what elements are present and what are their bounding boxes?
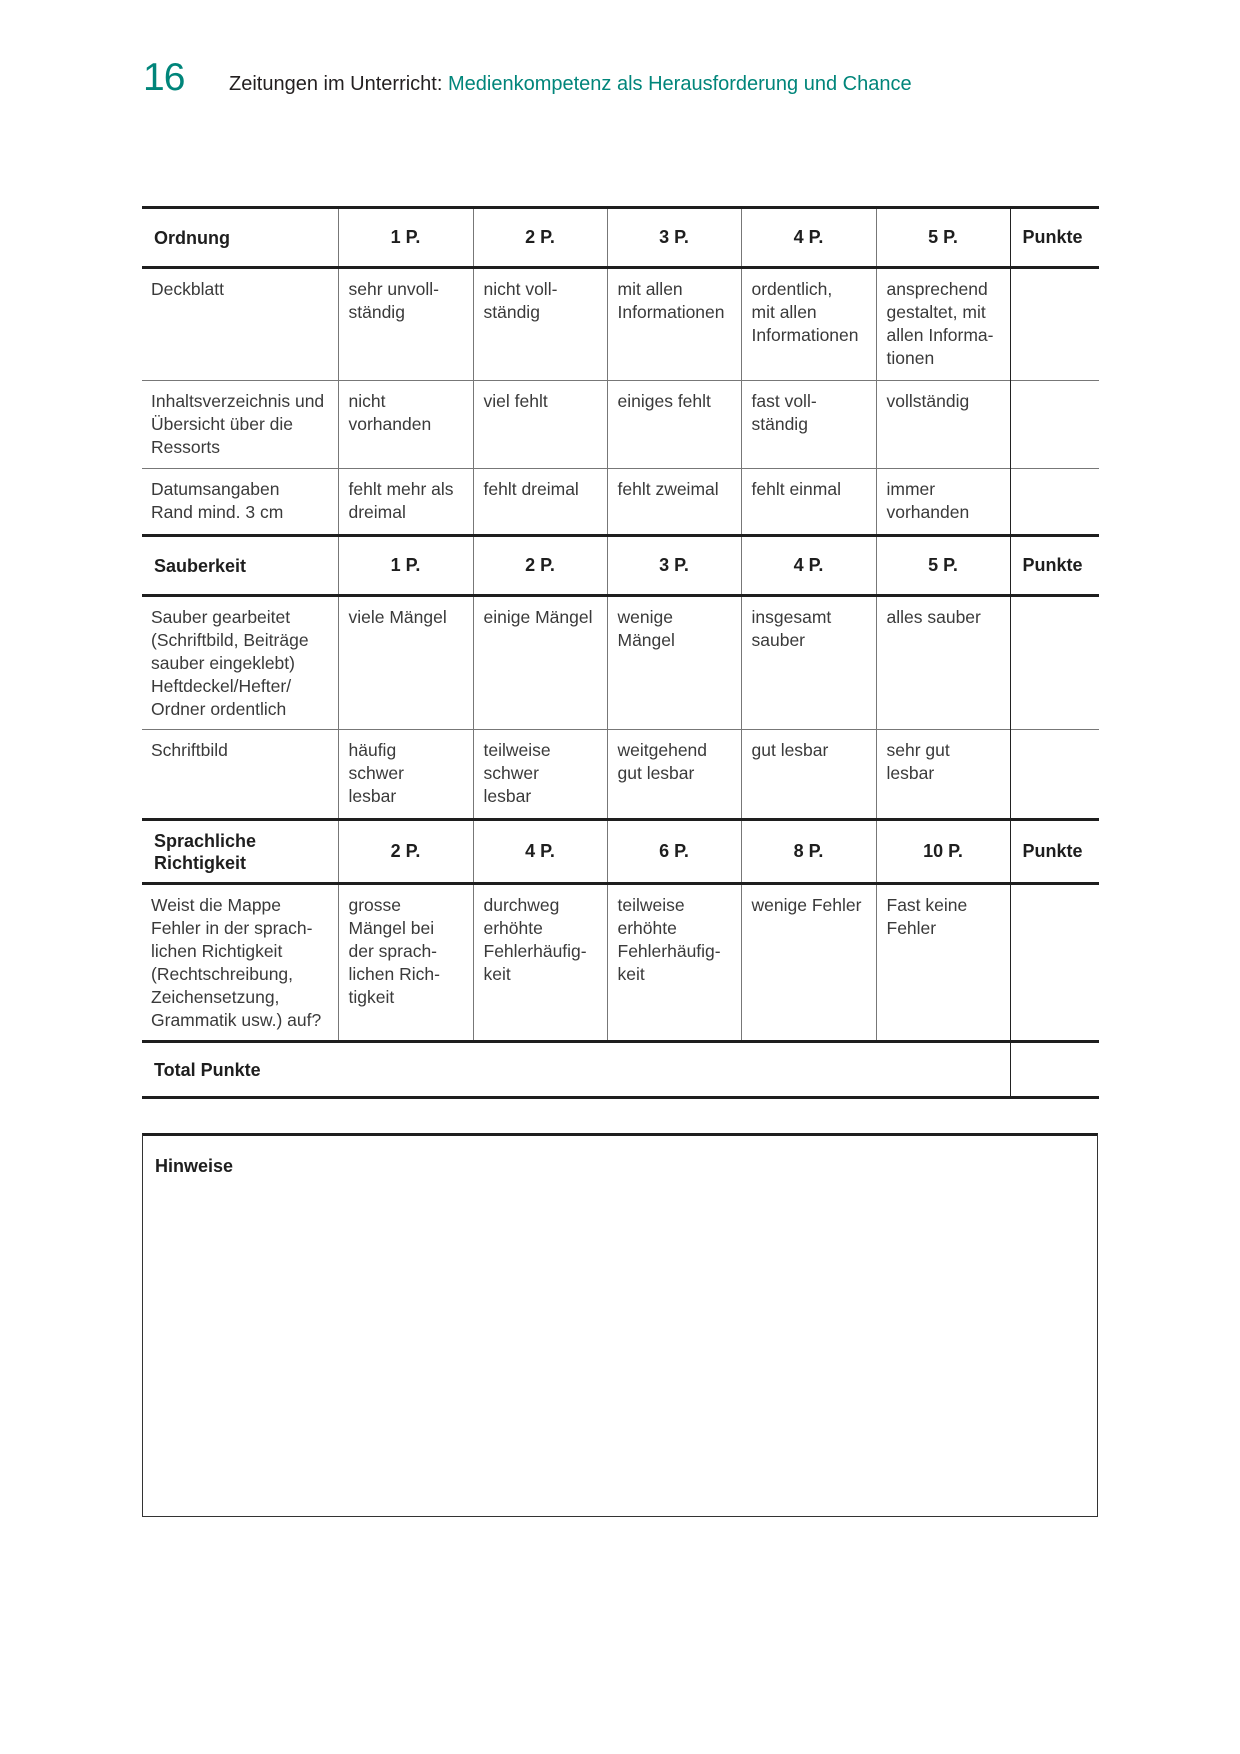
level-description: vollständig (876, 381, 1010, 469)
section-title: Sprachliche Richtigkeit (142, 820, 338, 884)
level-header: 4 P. (741, 208, 876, 268)
running-title-prefix: Zeitungen im Unterricht: (229, 73, 448, 95)
running-title-accent: Medienkompetenz als Herausforderung und … (448, 73, 912, 95)
points-input-cell[interactable] (1010, 596, 1099, 730)
level-description: fehlt einmal (741, 469, 876, 536)
criterion-row: Schriftbildhäufig schwer lesbarteilweise… (142, 730, 1099, 820)
level-description: wenige Fehler (741, 884, 876, 1042)
level-header: 6 P. (607, 820, 741, 884)
level-header: 8 P. (741, 820, 876, 884)
level-description: viele Mängel (338, 596, 473, 730)
level-description: fehlt mehr als dreimal (338, 469, 473, 536)
level-description: insgesamt sauber (741, 596, 876, 730)
criterion-label: Weist die Mappe Fehler in der sprach- li… (142, 884, 338, 1042)
level-header: 2 P. (338, 820, 473, 884)
level-header: 10 P. (876, 820, 1010, 884)
assessment-rubric-table: Ordnung1 P.2 P.3 P.4 P.5 P.PunkteDeckbla… (142, 206, 1099, 1099)
criterion-row: Inhaltsverzeichnis und Übersicht über di… (142, 381, 1099, 469)
page-header: 16 (143, 56, 184, 106)
total-label: Total Punkte (142, 1042, 1010, 1098)
section-header-row: Ordnung1 P.2 P.3 P.4 P.5 P.Punkte (142, 208, 1099, 268)
points-input-cell[interactable] (1010, 469, 1099, 536)
level-header: 4 P. (473, 820, 607, 884)
level-header: 2 P. (473, 208, 607, 268)
section-header-row: Sauberkeit1 P.2 P.3 P.4 P.5 P.Punkte (142, 536, 1099, 596)
level-description: ordentlich, mit allen Informationen (741, 268, 876, 381)
points-input-cell[interactable] (1010, 268, 1099, 381)
level-header: 3 P. (607, 208, 741, 268)
level-description: immer vorhanden (876, 469, 1010, 536)
section-title: Sauberkeit (142, 536, 338, 596)
points-header: Punkte (1010, 820, 1099, 884)
level-description: durchweg erhöhte Fehlerhäufig- keit (473, 884, 607, 1042)
criterion-label: Schriftbild (142, 730, 338, 820)
level-description: teilweise erhöhte Fehlerhäufig- keit (607, 884, 741, 1042)
notes-box[interactable]: Hinweise (142, 1133, 1098, 1517)
level-description: fast voll- ständig (741, 381, 876, 469)
level-description: wenige Mängel (607, 596, 741, 730)
criterion-label: Datumsangaben Rand mind. 3 cm (142, 469, 338, 536)
level-description: nicht voll- ständig (473, 268, 607, 381)
level-description: grosse Mängel bei der sprach- lichen Ric… (338, 884, 473, 1042)
level-header: 1 P. (338, 208, 473, 268)
section-title: Ordnung (142, 208, 338, 268)
section-header-row: Sprachliche Richtigkeit2 P.4 P.6 P.8 P.1… (142, 820, 1099, 884)
level-description: gut lesbar (741, 730, 876, 820)
criterion-label: Inhaltsverzeichnis und Übersicht über di… (142, 381, 338, 469)
level-header: 5 P. (876, 536, 1010, 596)
level-description: einiges fehlt (607, 381, 741, 469)
points-header: Punkte (1010, 208, 1099, 268)
criterion-row: Deckblattsehr unvoll- ständignicht voll-… (142, 268, 1099, 381)
level-description: viel fehlt (473, 381, 607, 469)
total-row: Total Punkte (142, 1042, 1099, 1098)
criterion-row: Datumsangaben Rand mind. 3 cmfehlt mehr … (142, 469, 1099, 536)
level-description: einige Mängel (473, 596, 607, 730)
level-header: 3 P. (607, 536, 741, 596)
level-header: 4 P. (741, 536, 876, 596)
level-description: sehr unvoll- ständig (338, 268, 473, 381)
level-description: nicht vorhanden (338, 381, 473, 469)
points-header: Punkte (1010, 536, 1099, 596)
level-description: ansprechend gestaltet, mit allen Informa… (876, 268, 1010, 381)
level-description: fehlt dreimal (473, 469, 607, 536)
level-description: fehlt zweimal (607, 469, 741, 536)
level-header: 1 P. (338, 536, 473, 596)
criterion-label: Sauber gearbeitet (Schriftbild, Beiträge… (142, 596, 338, 730)
notes-title: Hinweise (155, 1156, 233, 1177)
level-description: Fast keine Fehler (876, 884, 1010, 1042)
points-input-cell[interactable] (1010, 730, 1099, 820)
page-number: 16 (143, 56, 184, 100)
level-description: sehr gut lesbar (876, 730, 1010, 820)
level-description: teilweise schwer lesbar (473, 730, 607, 820)
level-description: häufig schwer lesbar (338, 730, 473, 820)
level-description: alles sauber (876, 596, 1010, 730)
level-description: mit allen Informationen (607, 268, 741, 381)
level-header: 2 P. (473, 536, 607, 596)
level-header: 5 P. (876, 208, 1010, 268)
points-input-cell[interactable] (1010, 381, 1099, 469)
criterion-label: Deckblatt (142, 268, 338, 381)
total-points-cell[interactable] (1010, 1042, 1099, 1098)
criterion-row: Sauber gearbeitet (Schriftbild, Beiträge… (142, 596, 1099, 730)
points-input-cell[interactable] (1010, 884, 1099, 1042)
running-title: Zeitungen im Unterricht: Medienkompetenz… (229, 73, 912, 96)
criterion-row: Weist die Mappe Fehler in der sprach- li… (142, 884, 1099, 1042)
level-description: weitgehend gut lesbar (607, 730, 741, 820)
